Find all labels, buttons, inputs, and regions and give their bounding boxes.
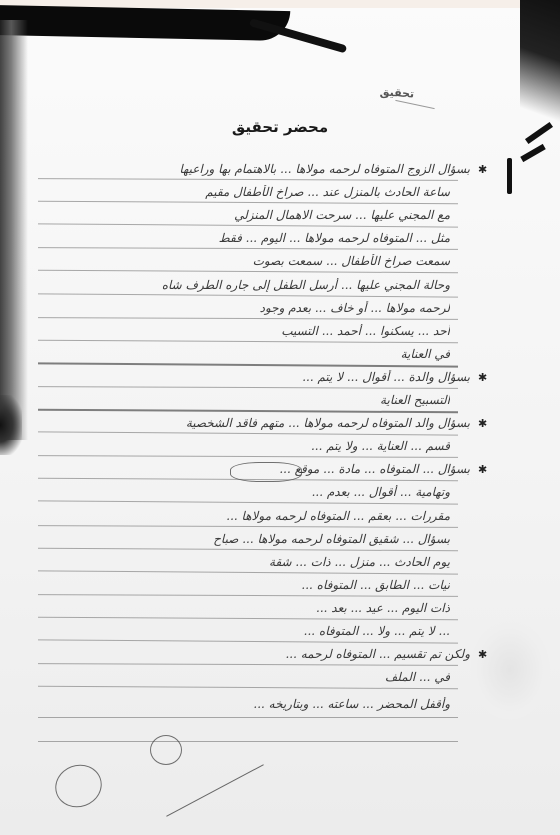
bullet-marker: ✱: [478, 417, 487, 430]
handwritten-line: مثل ... المتوفاه لرحمه مولاها ... اليوم …: [30, 231, 450, 245]
ruled-line: [38, 525, 458, 528]
handwritten-line: يوم الحادث ... منزل ... ذات ... شقة: [30, 555, 450, 569]
handwritten-line: بسؤال الزوج المتوفاه لرحمه مولاها ... با…: [40, 162, 470, 176]
closing-line: وأقفل المحضر ... ساعته ... وبتاريخه ...: [40, 697, 450, 711]
signature-stroke: [166, 764, 264, 817]
handwritten-line: مع المجني عليها ... سرحت الاهمال المنزلي: [30, 208, 450, 222]
circled-word: [230, 462, 302, 482]
bullet-marker: ✱: [478, 163, 487, 176]
bullet-marker: ✱: [478, 648, 487, 661]
ruled-line: [38, 339, 458, 343]
handwritten-line: لرحمه مولاها ... أو خاف ... بعدم وجود: [30, 301, 450, 315]
handwritten-line: نيات ... الطابق ... المتوفاه ...: [30, 578, 450, 592]
ruled-line: [38, 178, 458, 181]
handwritten-line: وتهامية ... أقوال ... بعدم ...: [30, 485, 450, 499]
ruled-line: [38, 270, 458, 274]
ruled-line: [38, 247, 458, 250]
ruled-line: [38, 501, 458, 505]
photocopy-shadow-left: [0, 20, 28, 440]
signature-loop: [49, 758, 108, 814]
ruled-line: [38, 362, 458, 367]
ink-smudge: [0, 395, 22, 455]
handwritten-line: سمعت صراخ الأطفال ... سمعت بصوت: [30, 254, 450, 268]
ruled-line: [38, 570, 458, 574]
ruled-line: [38, 317, 458, 320]
handwritten-line: التسبيح العناية: [330, 393, 450, 407]
ruled-line: [38, 201, 458, 205]
handwritten-line: قسم ... العناية ... ولا يتم ...: [30, 439, 450, 453]
handwritten-line: ساعة الحادث بالمنزل عند ... صراخ الأطفال…: [30, 185, 450, 199]
ruled-line: [38, 224, 458, 228]
stamp-smudge: [470, 620, 550, 720]
handwritten-line: مقررات ... بعقم ... المتوفاه لرحمه مولاه…: [30, 509, 450, 523]
handwritten-line: في العناية: [330, 347, 450, 361]
handwritten-line: ... لا يتم ... ولا ... المتوفاه ...: [30, 624, 450, 638]
ruled-line: [38, 386, 458, 389]
ruled-line: [38, 594, 458, 597]
signature-loop: [150, 735, 182, 765]
handwritten-line: بسؤال ... شقيق المتوفاه لرحمه مولاها ...…: [30, 532, 450, 546]
bullet-marker: ✱: [478, 371, 487, 384]
bullet-marker: ✱: [478, 463, 487, 476]
handwritten-line: ولكن تم تقسيم ... المتوفاه لرحمه ...: [40, 647, 470, 661]
margin-bar: [507, 158, 512, 194]
photocopy-shadow-right: [520, 0, 560, 160]
ruled-line: [38, 293, 458, 297]
ruled-line: [38, 741, 458, 742]
photocopy-shadow-top: [0, 5, 290, 41]
ruled-line: [38, 455, 458, 458]
ruled-line: [38, 431, 458, 435]
ruled-line: [38, 717, 458, 718]
handwritten-line: بسؤال والدة ... أقوال ... لا يتم ...: [40, 370, 470, 384]
ruled-line: [38, 409, 458, 414]
document-title: محضر تحقيق: [0, 118, 560, 136]
document-page: تحقيق محضر تحقيق بسؤال الزوج المتوفاه لر…: [0, 0, 560, 835]
ruled-line: [38, 617, 458, 621]
ruled-line: [38, 686, 458, 690]
ruled-line: [38, 639, 458, 643]
ruled-line: [38, 547, 458, 551]
ruled-line: [38, 663, 458, 666]
handwritten-line: في ... الملف: [330, 670, 450, 684]
handwritten-line: أحد ... يسكنوا ... أحمد ... التسيب: [30, 324, 450, 338]
handwritten-line: بسؤال والد المتوفاه لرحمه مولاها ... مته…: [40, 416, 470, 430]
handwritten-line: وحالة المجني عليها ... أرسل الطفل إلى جا…: [30, 278, 450, 292]
handwritten-line: ذات اليوم ... عيد ... بعد ...: [30, 601, 450, 615]
